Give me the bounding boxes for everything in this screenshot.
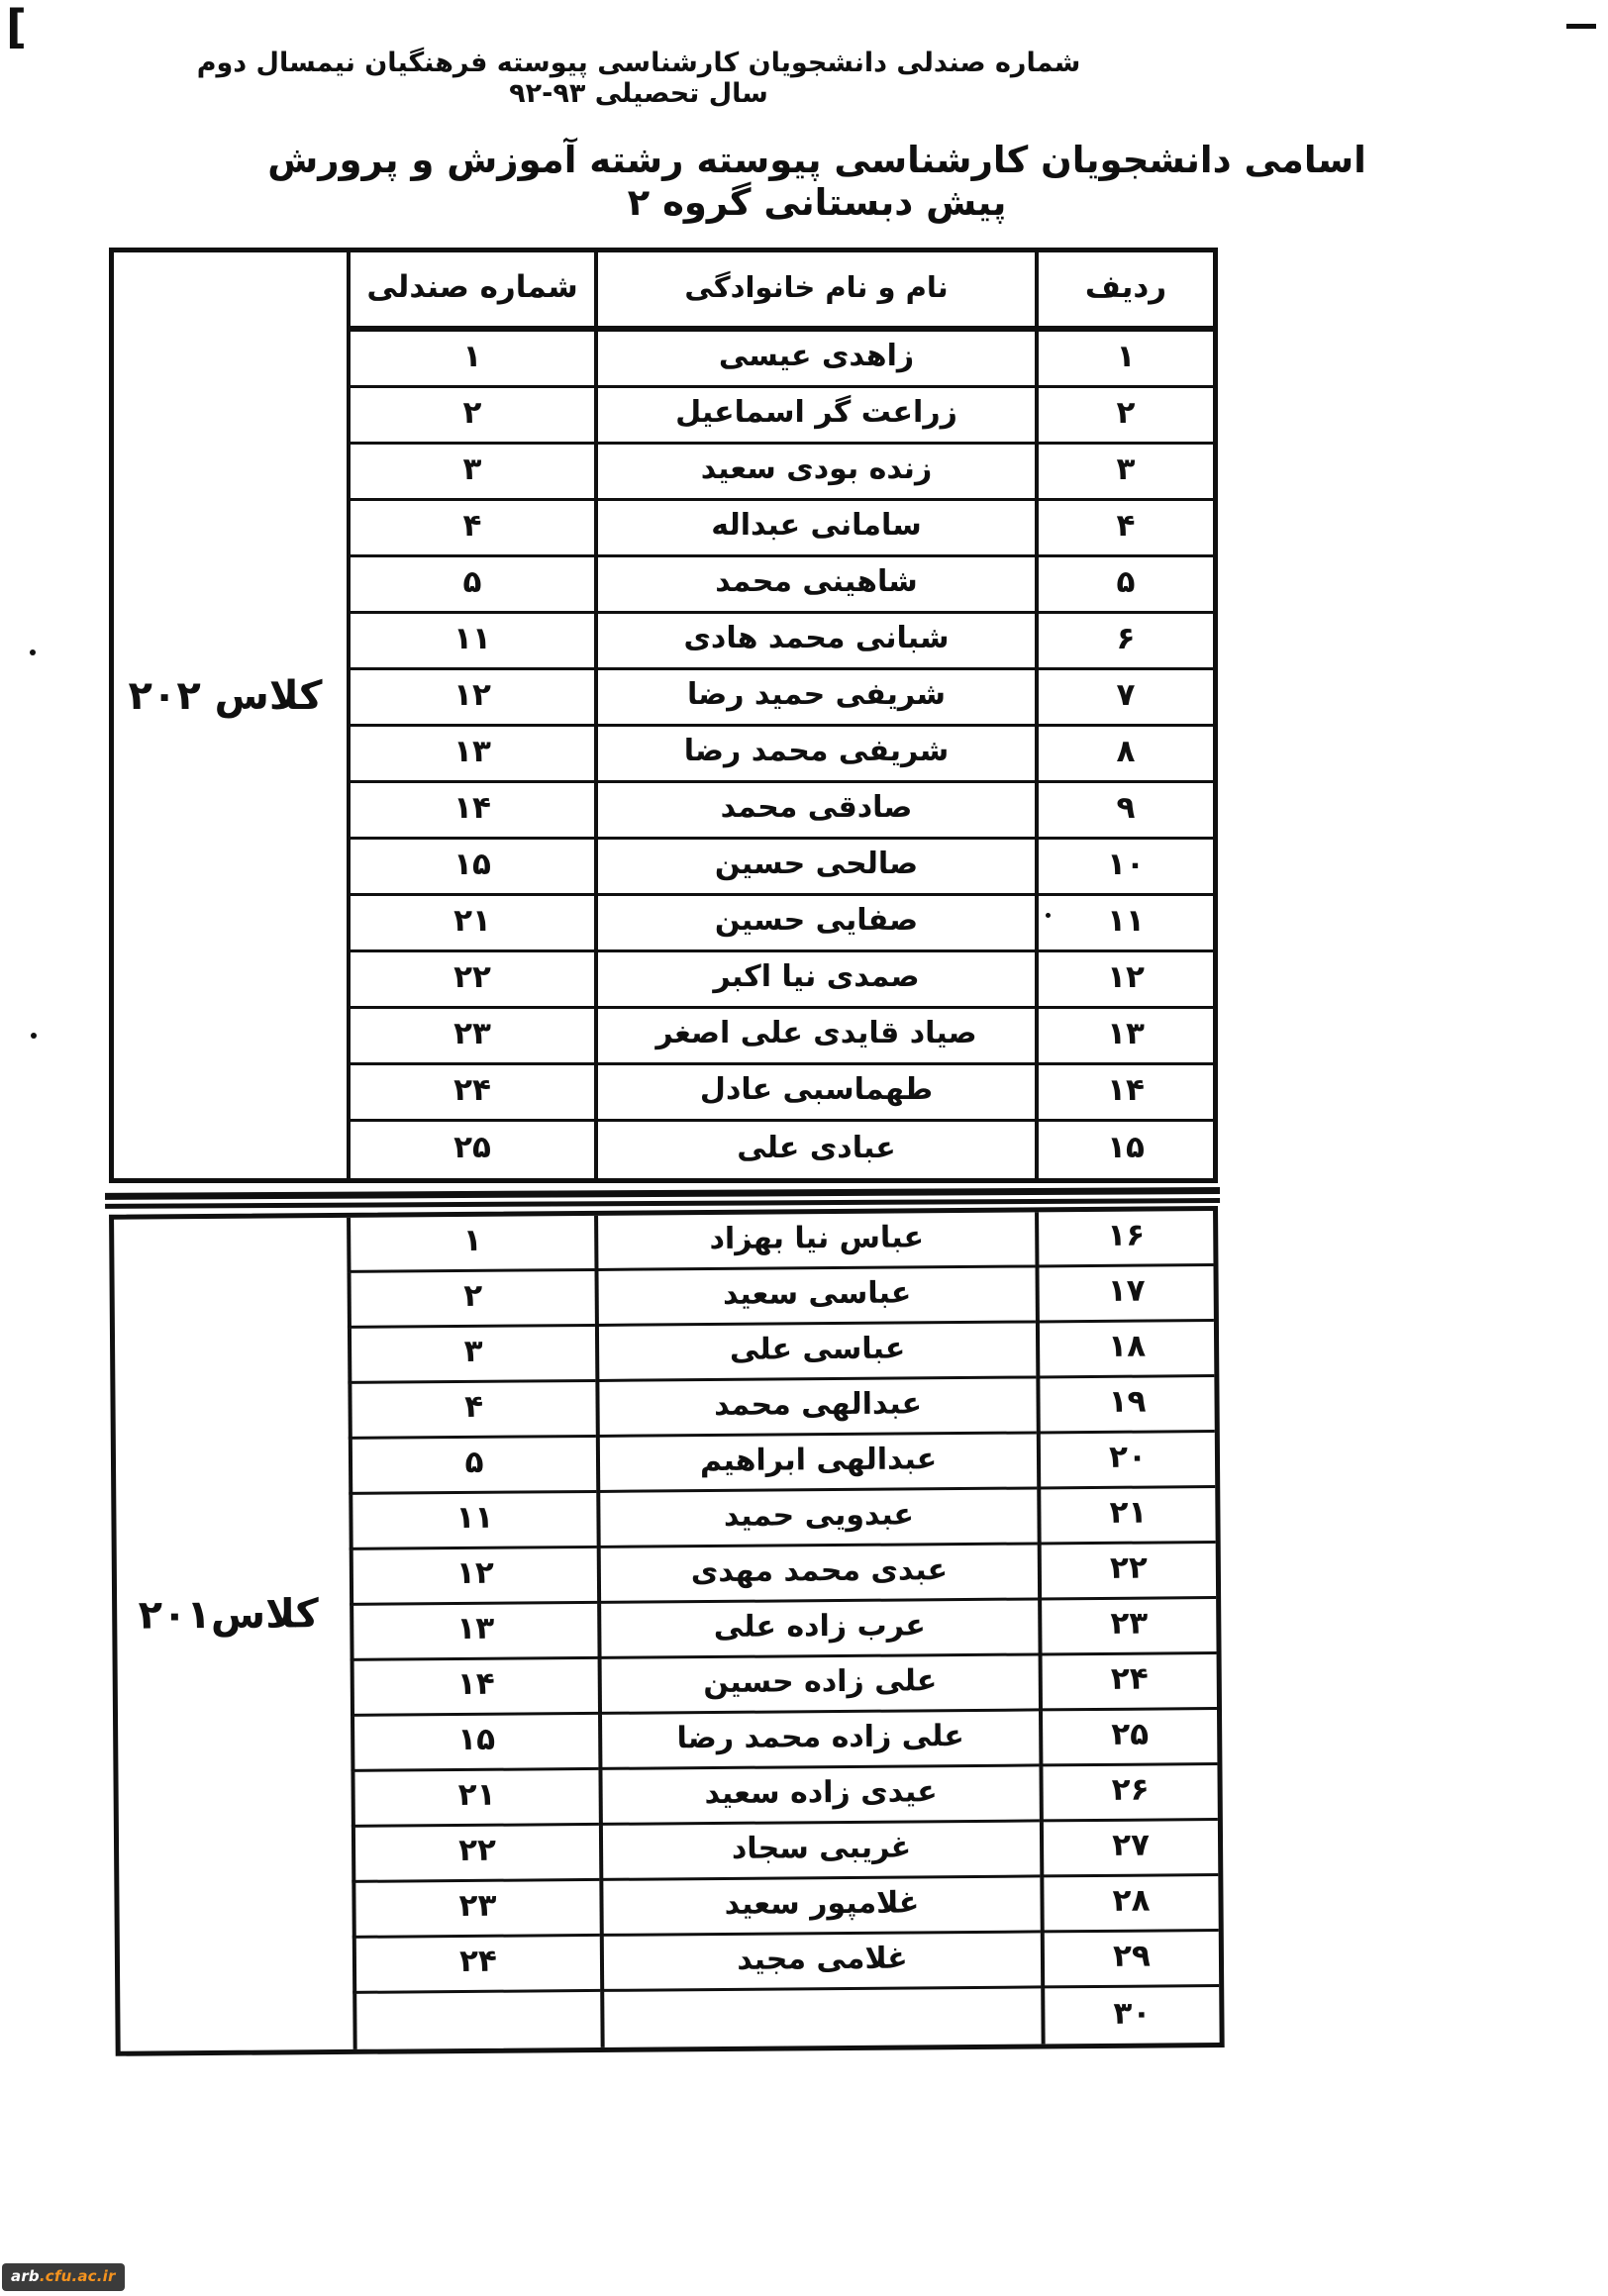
seat-number-cell: ۱ — [347, 1216, 594, 1273]
row-index-cell: ۹ — [1035, 783, 1213, 840]
student-name-cell: شریفی حمید رضا — [594, 670, 1035, 727]
student-name-cell: صیاد قایدی علی اصغر — [594, 1009, 1035, 1065]
row-index-cell: ۲۸ — [1040, 1876, 1218, 1933]
scan-artifact-bracket: [ — [6, 0, 27, 53]
student-name-cell: صفایی حسین — [594, 896, 1035, 952]
seat-number-cell: ۲۵ — [347, 1122, 594, 1178]
student-name-cell: عیدی زاده سعید — [598, 1766, 1039, 1825]
row-index-cell: ۱۲ — [1035, 952, 1213, 1009]
class-201-table: کلاس۲۰۱۱۶عباس نیا بهزاد۱۱۷عباسی سعید۲۱۸ع… — [109, 1206, 1225, 2056]
row-index-cell: ۲۱ — [1037, 1488, 1215, 1545]
student-name-cell — [600, 1988, 1041, 2046]
class-202-table: کلاس ۲۰۲ردیفنام و نام خانوادگیشماره صندل… — [109, 248, 1218, 1183]
seat-number-cell: ۱۳ — [350, 1604, 597, 1661]
student-name-cell: غلامپور سعید — [599, 1877, 1040, 1936]
student-name-cell: زنده بودی سعید — [594, 445, 1035, 501]
student-name-cell: صمدی نیا اکبر — [594, 952, 1035, 1009]
seat-number-cell: ۱۲ — [347, 670, 594, 727]
row-index-cell: ۶ — [1035, 614, 1213, 670]
row-index-cell: ۱۹ — [1036, 1377, 1214, 1434]
row-index-cell: ۱۵ — [1035, 1122, 1213, 1178]
seat-number-cell: ۴ — [348, 1382, 595, 1440]
student-name-cell: عبادی علی — [594, 1122, 1035, 1178]
watermark-badge: arb.cfu.ac.ir — [2, 2263, 125, 2291]
seat-number-cell — [352, 1992, 600, 2049]
row-index-cell: ۳۰ — [1041, 1987, 1219, 2044]
student-name-cell: غریبی سجاد — [599, 1822, 1040, 1880]
row-index-cell: ۱۸ — [1036, 1322, 1214, 1378]
student-name-cell: عبدالهی محمد — [595, 1378, 1036, 1437]
column-header-row-number: ردیف — [1035, 252, 1213, 332]
student-name-cell: شاهینی محمد — [594, 557, 1035, 614]
seat-number-cell: ۱۱ — [347, 614, 594, 670]
row-index-cell: ۲۷ — [1040, 1821, 1218, 1877]
row-index-cell: ۱۶ — [1035, 1211, 1213, 1267]
student-name-cell: زراعت گر اسماعیل — [594, 388, 1035, 445]
document-header: شماره صندلی دانشجویان کارشناسی پیوسته فر… — [193, 48, 1084, 109]
student-name-cell: طهماسبی عادل — [594, 1065, 1035, 1122]
scanned-page: [ شماره صندلی دانشجویان کارشناسی پیوسته … — [0, 0, 1608, 2296]
row-index-cell: ۲۵ — [1039, 1710, 1217, 1766]
student-name-cell: زاهدی عیسی — [594, 332, 1035, 388]
row-index-cell: ۴ — [1035, 501, 1213, 557]
row-index-cell: ۷ — [1035, 670, 1213, 727]
student-name-cell: علی زاده محمد رضا — [598, 1711, 1039, 1769]
seat-number-cell: ۱۱ — [349, 1493, 596, 1550]
seat-number-cell: ۱ — [347, 332, 594, 388]
seat-number-cell: ۲۴ — [347, 1065, 594, 1122]
row-index-cell: ۲۲ — [1038, 1544, 1216, 1600]
seat-number-cell: ۱۲ — [350, 1548, 597, 1606]
row-index-cell: ۱۳ — [1035, 1009, 1213, 1065]
seat-number-cell: ۲۲ — [352, 1826, 599, 1883]
row-index-cell: ۱ — [1035, 332, 1213, 388]
student-name-cell: عبدالهی ابراهیم — [596, 1434, 1037, 1492]
row-index-cell: ۱۰ — [1035, 840, 1213, 896]
seat-number-cell: ۲ — [347, 388, 594, 445]
scan-artifact-dot — [31, 1033, 37, 1039]
scan-artifact-dot — [30, 649, 36, 655]
row-index-cell: ۲ — [1035, 388, 1213, 445]
watermark-domain: .cfu.ac.ir — [40, 2267, 116, 2285]
seat-number-cell: ۴ — [347, 501, 594, 557]
row-index-cell: ۲۹ — [1041, 1932, 1219, 1988]
seat-number-cell: ۱۵ — [347, 840, 594, 896]
row-index-cell: ۱۱ — [1035, 896, 1213, 952]
seat-number-cell: ۵ — [349, 1438, 596, 1495]
student-name-cell: عبدویی حمید — [596, 1489, 1037, 1547]
row-index-cell: ۲۶ — [1039, 1765, 1217, 1822]
student-name-cell: عبدی محمد مهدی — [597, 1545, 1038, 1603]
student-name-cell: غلامی مجید — [600, 1933, 1041, 1991]
seat-number-cell: ۱۵ — [351, 1715, 598, 1772]
seat-number-cell: ۱۴ — [347, 783, 594, 840]
row-index-cell: ۱۴ — [1035, 1065, 1213, 1122]
student-name-cell: شبانی محمد هادی — [594, 614, 1035, 670]
seat-number-cell: ۲۱ — [347, 896, 594, 952]
seat-number-cell: ۲۳ — [352, 1881, 599, 1939]
row-index-cell: ۳ — [1035, 445, 1213, 501]
column-header-full-name: نام و نام خانوادگی — [594, 252, 1035, 332]
student-name-cell: شریفی محمد رضا — [594, 727, 1035, 783]
section-separator — [105, 1187, 1220, 1209]
scan-artifact-dot — [1046, 913, 1051, 918]
seat-number-cell: ۲۳ — [347, 1009, 594, 1065]
class-label: کلاس ۲۰۲ — [104, 252, 347, 1178]
row-index-cell: ۵ — [1035, 557, 1213, 614]
row-index-cell: ۸ — [1035, 727, 1213, 783]
seat-number-cell: ۳ — [348, 1327, 595, 1384]
row-index-cell: ۲۳ — [1038, 1599, 1216, 1655]
student-name-cell: عباسی سعید — [594, 1267, 1035, 1326]
seat-number-cell: ۲ — [348, 1271, 595, 1329]
row-index-cell: ۱۷ — [1035, 1266, 1213, 1323]
seat-number-cell: ۵ — [347, 557, 594, 614]
student-name-cell: عرب زاده علی — [597, 1600, 1038, 1658]
student-name-cell: صادقی محمد — [594, 783, 1035, 840]
seat-number-cell: ۱۳ — [347, 727, 594, 783]
student-name-cell: صالحی حسین — [594, 840, 1035, 896]
student-name-cell: عباسی علی — [595, 1323, 1036, 1381]
student-name-cell: سامانی عبداله — [594, 501, 1035, 557]
student-name-cell: عباس نیا بهزاد — [594, 1212, 1035, 1270]
class-label: کلاس۲۰۱ — [104, 1218, 353, 2051]
seat-number-cell: ۲۴ — [352, 1937, 600, 1994]
row-index-cell: ۲۴ — [1039, 1654, 1217, 1711]
scan-artifact-dash — [1566, 24, 1596, 29]
row-index-cell: ۲۰ — [1037, 1433, 1215, 1489]
seat-number-cell: ۲۲ — [347, 952, 594, 1009]
seat-number-cell: ۱۴ — [351, 1659, 598, 1717]
student-name-cell: علی زاده حسین — [598, 1655, 1039, 1714]
watermark-prefix: arb — [11, 2267, 40, 2285]
page-title: اسامی دانشجویان کارشناسی پیوسته رشته آمو… — [257, 139, 1376, 224]
column-header-seat-number: شماره صندلی — [347, 252, 594, 332]
seat-number-cell: ۲۱ — [351, 1770, 598, 1828]
seat-number-cell: ۳ — [347, 445, 594, 501]
